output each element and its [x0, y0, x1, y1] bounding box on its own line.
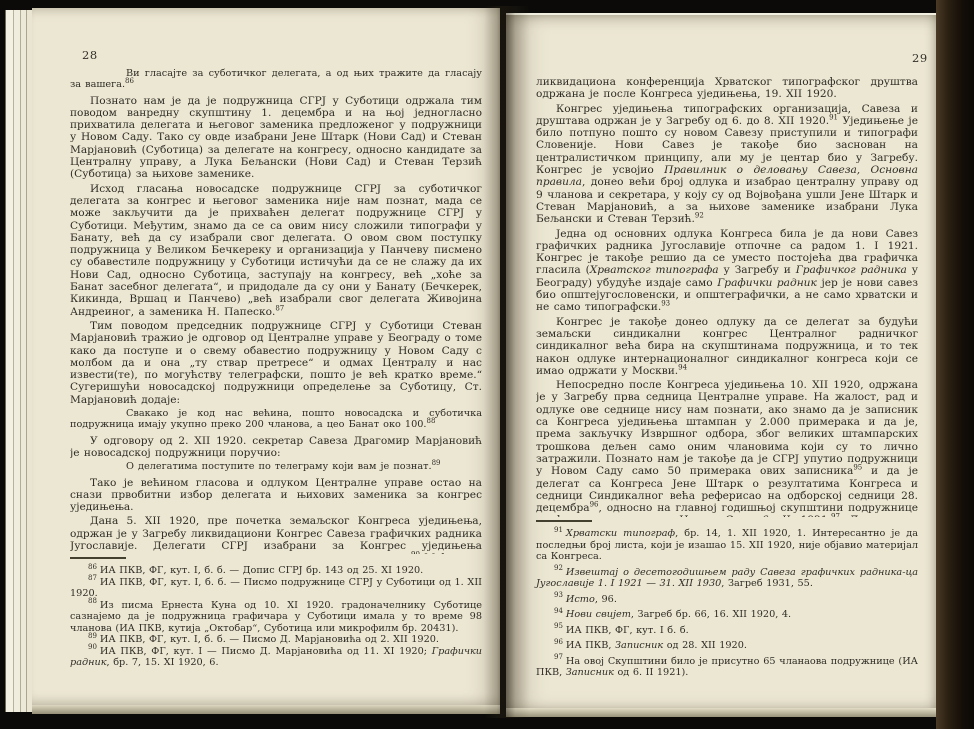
footnote: 91Хрватски типограф, бр. 14, 1. XII 1920… — [536, 528, 918, 563]
paragraph: Познато нам је да је подружница СГРЈ у С… — [70, 95, 482, 181]
footnote-number: 90 — [88, 643, 97, 651]
block-quote: Свакако је код нас већина, пошто новосад… — [70, 408, 482, 431]
footnote-separator — [70, 557, 126, 559]
footnote-number: 95 — [554, 622, 563, 630]
footnote-separator — [536, 520, 592, 522]
footnote: 89ИА ПКВ, ФГ, кут. I, б. б. — Писмо Д. М… — [70, 634, 482, 646]
footnote-number: 92 — [554, 564, 563, 572]
footnote: 96ИА ПКВ, Записник од 28. XII 1920. — [536, 640, 918, 652]
footnote-number: 88 — [88, 597, 97, 605]
paragraph: Исход гласања новосадске подружнице СГРЈ… — [70, 183, 482, 318]
paragraph: Дана 5. XII 1920, пре почетка земаљског … — [70, 515, 482, 554]
footnote-text: ИА ПКВ, ФГ, кут. I б. б. — [566, 625, 689, 636]
footnote: 92Извештај о десетогодишњем раду Савеза … — [536, 567, 918, 590]
paragraph: Тим поводом председник подружнице СГРЈ у… — [70, 320, 482, 406]
page-28-text: Ви гласајте за суботичког делегата, а од… — [70, 66, 482, 554]
block-quote: Ви гласајте за суботичког делегата, а од… — [70, 68, 482, 91]
footnote-text: На овој Скупштини било је присутно 65 чл… — [536, 656, 918, 679]
footnote-number: 94 — [554, 607, 563, 615]
footnote: 90ИА ПКВ, ФГ, кут. I — Писмо Д. Марјанов… — [70, 646, 482, 669]
paragraph: У одговору од 2. XII 1920. секретар Саве… — [70, 435, 482, 460]
footnote-text: Извештај о десетогодишњем раду Савеза гр… — [536, 567, 918, 590]
footnote-number: 93 — [554, 591, 563, 599]
footnote-text: ИА ПКВ, ФГ, кут. I — Писмо Д. Марјановић… — [70, 646, 482, 669]
paragraph: Једна од основних одлука Конгреса била ј… — [536, 228, 918, 314]
footnote-number: 86 — [88, 563, 97, 571]
paragraph: Тако је већином гласова и одлуком Центра… — [70, 477, 482, 514]
page-29-footnotes: 91Хрватски типограф, бр. 14, 1. XII 1920… — [536, 520, 918, 683]
page-number-right: 29 — [912, 51, 928, 65]
footnote-text: Хрватски типограф, бр. 14, 1. XII 1920, … — [536, 528, 918, 562]
paragraph: Непосредно после Конгреса уједињења 10. … — [536, 379, 918, 517]
footnote: 86ИА ПКВ, ФГ, кут. I, б. б. — Допис СГРЈ… — [70, 565, 482, 577]
footnote-number: 96 — [554, 638, 563, 646]
footnote: 97На овој Скупштини било је присутно 65 … — [536, 656, 918, 679]
paragraph: Конгрес је такође донео одлуку да се дел… — [536, 316, 918, 377]
footnote-number: 97 — [554, 653, 563, 661]
footnote: 88Из писма Ернеста Куна од 10. XI 1920. … — [70, 600, 482, 635]
book-gutter-shadow — [484, 6, 530, 718]
footnote-text: Из писма Ернеста Куна од 10. XI 1920. гр… — [70, 600, 482, 634]
footnote-text: ИА ПКВ, ФГ, кут. I, б. б. — Писмо Д. Мар… — [100, 634, 439, 645]
footnote-text: ИА ПКВ, Записник од 28. XII 1920. — [566, 640, 747, 651]
page-bottom-edge-left — [32, 705, 500, 714]
footnote-number: 87 — [88, 574, 97, 582]
footnote: 95ИА ПКВ, ФГ, кут. I б. б. — [536, 625, 918, 637]
footnote-text: ИА ПКВ, ФГ, кут. I, б. б. — Писмо подруж… — [70, 577, 482, 600]
footnote-text: Исто, 96. — [566, 594, 617, 605]
paragraph: Конгрес уједињења типографских организац… — [536, 103, 918, 226]
page-bottom-edge-right — [506, 708, 936, 717]
footnote-number: 91 — [554, 526, 563, 534]
page-29-text: ликвидациона конференција Хрватског типо… — [536, 76, 918, 517]
page-28: 28 Ви гласајте за суботичког делегата, а… — [32, 8, 500, 705]
page-number-left: 28 — [82, 48, 98, 62]
block-quote: О делегатима поступите по телеграму који… — [70, 461, 482, 472]
book-cover-edge — [936, 0, 974, 729]
footnote-text: Нови свијет, Загреб бр. 66, 16. XII 1920… — [566, 609, 791, 620]
page-28-footnotes: 86ИА ПКВ, ФГ, кут. I, б. б. — Допис СГРЈ… — [70, 557, 482, 669]
footnote-text: ИА ПКВ, ФГ, кут. I, б. б. — Допис СГРЈ б… — [100, 565, 423, 576]
page-edges-left — [5, 10, 32, 712]
footnote-number: 89 — [88, 632, 97, 640]
footnote: 94Нови свијет, Загреб бр. 66, 16. XII 19… — [536, 609, 918, 621]
book-scan: 28 Ви гласајте за суботичког делегата, а… — [0, 0, 974, 729]
page-29: 29 ликвидациона конференција Хрватског т… — [506, 13, 936, 710]
footnote: 87ИА ПКВ, ФГ, кут. I, б. б. — Писмо подр… — [70, 577, 482, 600]
paragraph: ликвидациона конференција Хрватског типо… — [536, 76, 918, 101]
footnote: 93Исто, 96. — [536, 594, 918, 606]
